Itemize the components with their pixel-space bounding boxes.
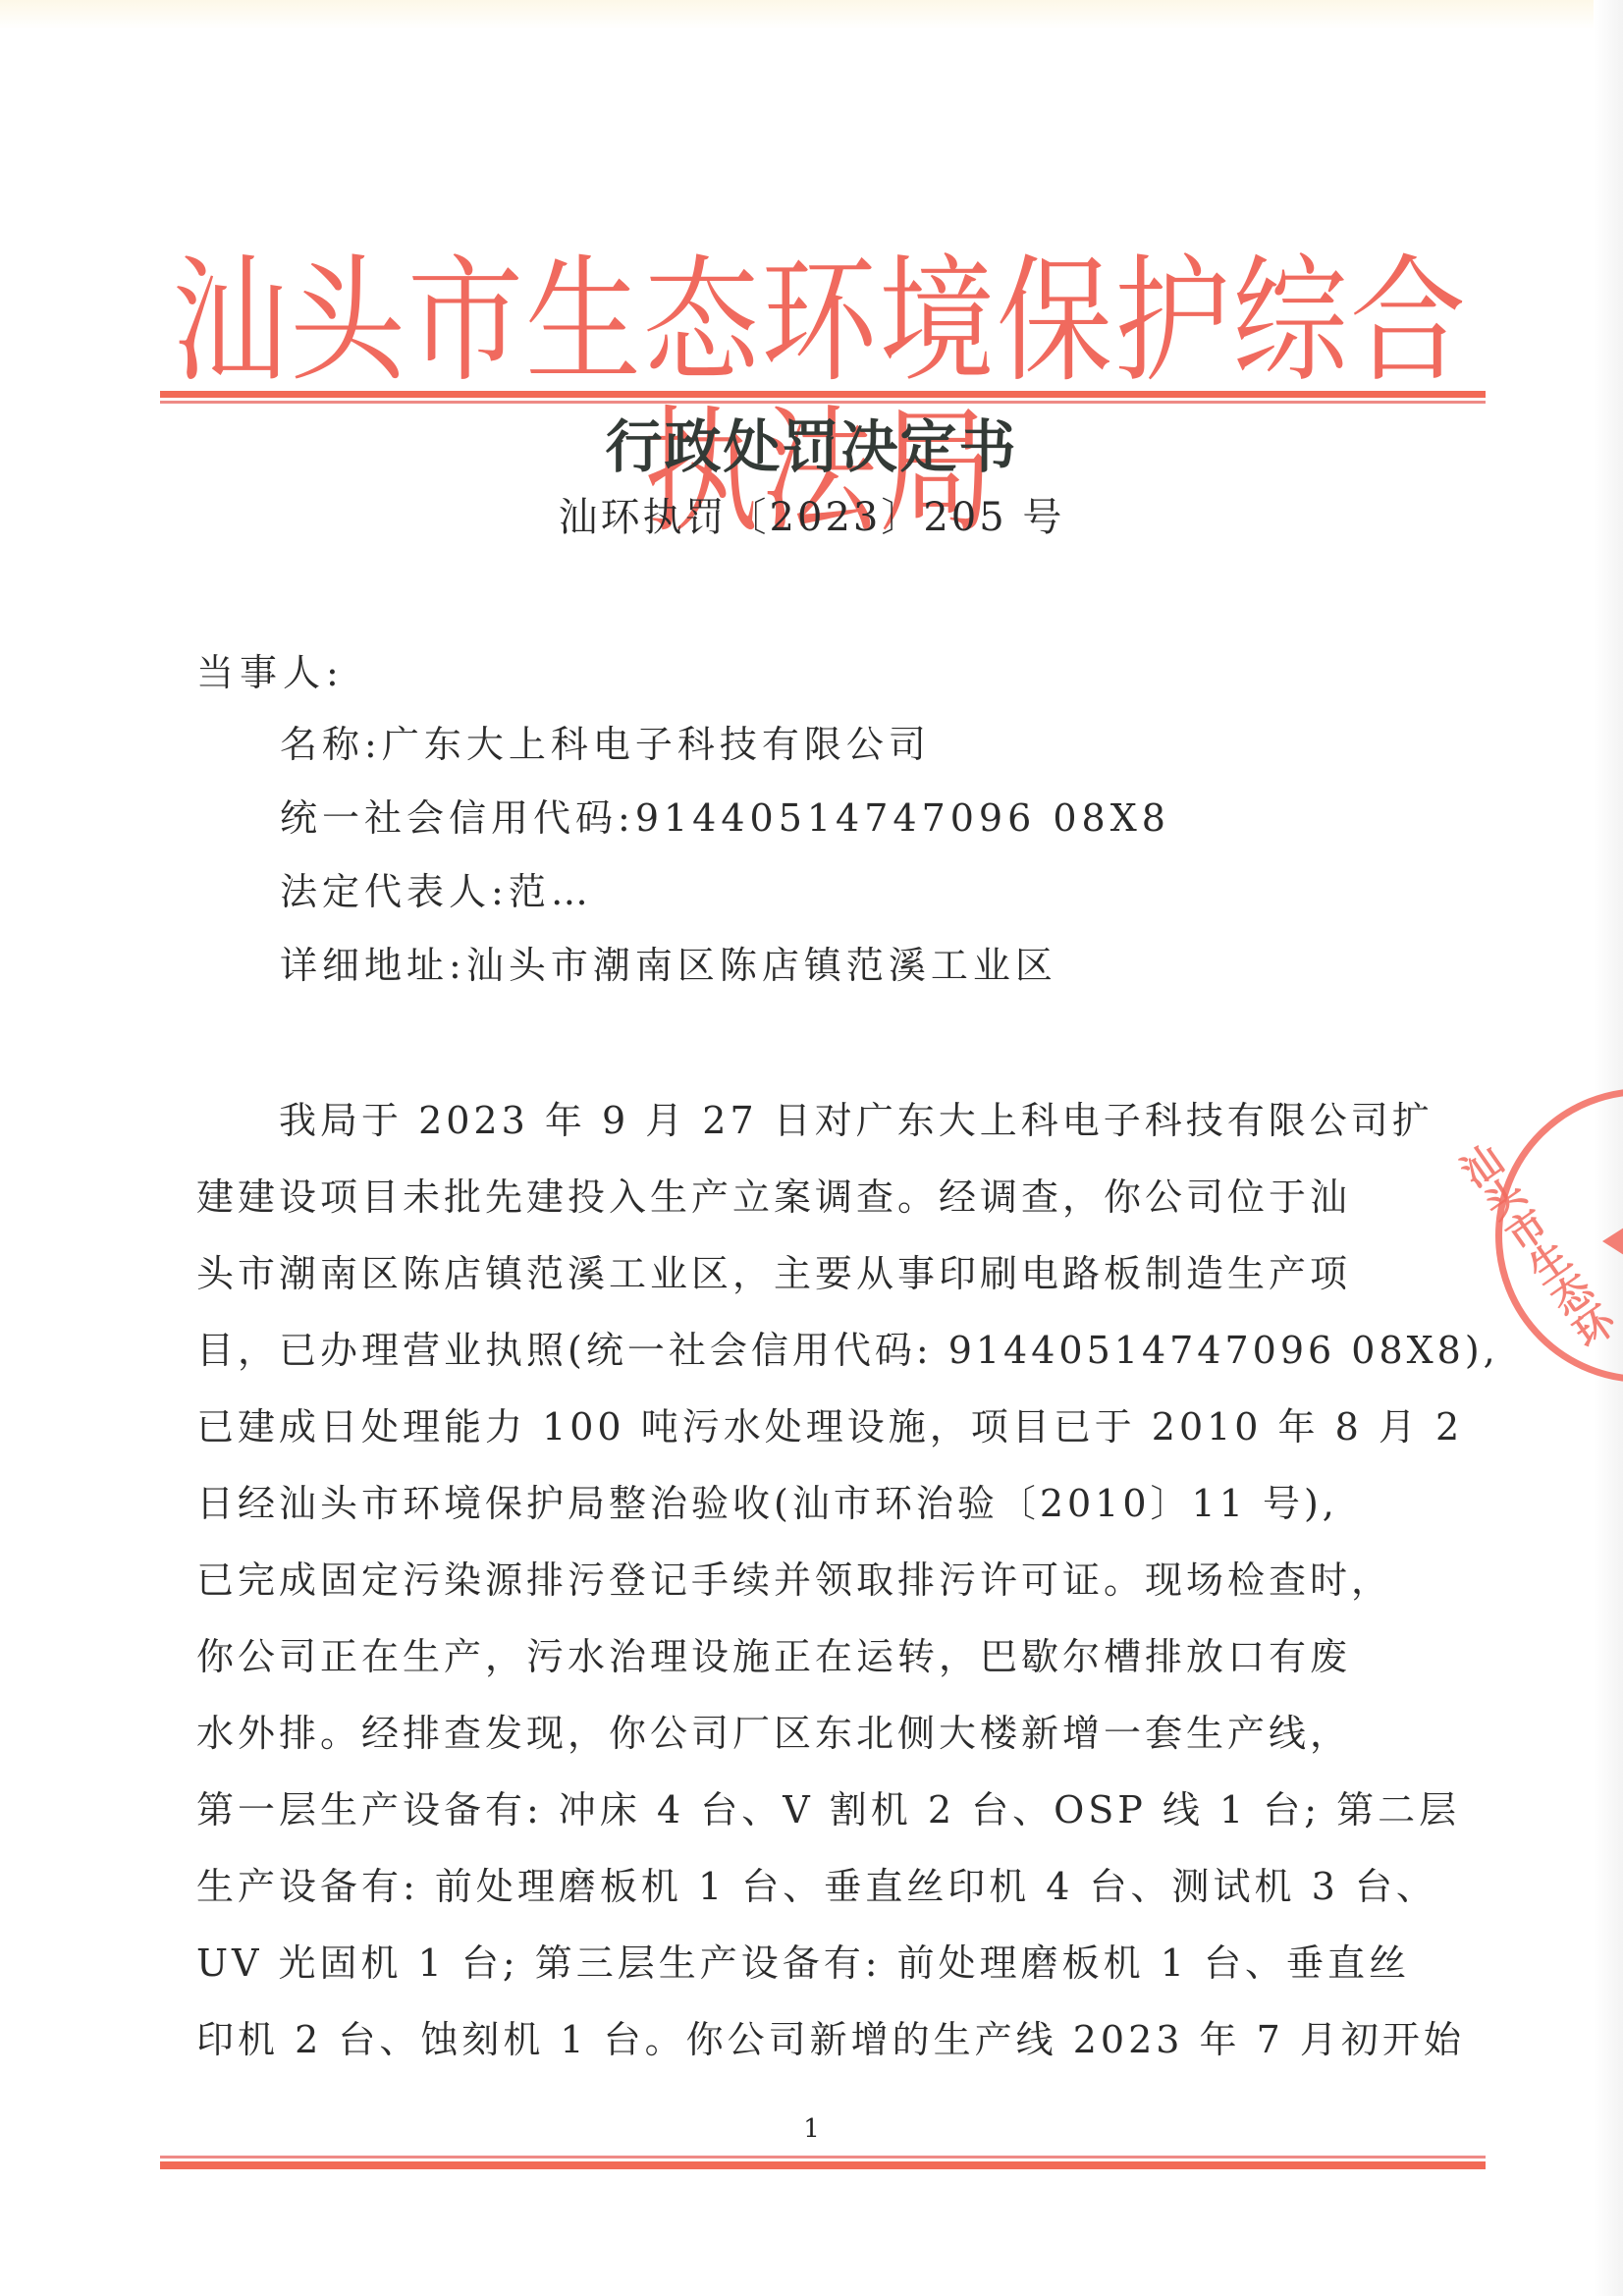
field-label: 名称: <box>280 723 382 766</box>
body-line: 已完成固定污染源排污登记手续并领取排污许可证。现场检查时， <box>196 1542 1441 1618</box>
field-value: 广东大上科电子科技有限公司 <box>382 723 931 766</box>
field-label: 统一社会信用代码: <box>280 796 635 840</box>
body-paragraph: 我局于 2023 年 9 月 27 日对广东大上科电子科技有限公司扩 建建设项目… <box>196 1082 1441 2078</box>
party-field-address: 详细地址:汕头市潮南区陈店镇范溪工业区 <box>280 941 1057 990</box>
body-line: 第一层生产设备有: 冲床 4 台、V 割机 2 台、OSP 线 1 台; 第二层 <box>196 1772 1441 1848</box>
party-field-name: 名称:广东大上科电子科技有限公司 <box>280 720 931 769</box>
seal-star-icon <box>1602 1228 1623 1255</box>
body-line: 我局于 2023 年 9 月 27 日对广东大上科电子科技有限公司扩 <box>196 1082 1441 1159</box>
rule-thin-line <box>160 2156 1486 2159</box>
footer-rule <box>160 2156 1486 2169</box>
body-line: 头市潮南区陈店镇范溪工业区，主要从事印刷电路板制造生产项 <box>196 1235 1441 1312</box>
body-line: 生产设备有: 前处理磨板机 1 台、垂直丝印机 4 台、测试机 3 台、 <box>196 1848 1441 1925</box>
body-line: UV 光固机 1 台; 第三层生产设备有: 前处理磨板机 1 台、垂直丝 <box>196 1925 1441 2001</box>
field-label: 法定代表人: <box>280 870 509 913</box>
scan-edge-top <box>0 0 1623 29</box>
document-type-title: 行政处罚决定书 <box>0 412 1623 481</box>
body-line: 目，已办理营业执照(统一社会信用代码: 91440514747096 08X8)… <box>196 1312 1441 1389</box>
body-line: 你公司正在生产，污水治理设施正在运转，巴歇尔槽排放口有废 <box>196 1618 1441 1695</box>
body-line: 日经汕头市环境保护局整治验收(汕市环治验〔2010〕11 号), <box>196 1465 1441 1542</box>
rule-thick-line <box>160 2161 1486 2169</box>
party-field-legal-rep: 法定代表人:范… <box>280 867 593 916</box>
party-heading: 当事人: <box>196 648 345 697</box>
field-value: 范… <box>509 870 593 913</box>
field-label: 详细地址: <box>280 944 466 987</box>
body-line: 水外排。经排查发现，你公司厂区东北侧大楼新增一套生产线， <box>196 1695 1441 1772</box>
page-number: 1 <box>0 2111 1623 2147</box>
body-line: 印机 2 台、蚀刻机 1 台。你公司新增的生产线 2023 年 7 月初开始 <box>196 2001 1441 2078</box>
field-value: 91440514747096 08X8 <box>635 796 1170 840</box>
letterhead-rule <box>160 391 1486 405</box>
body-line: 建建设项目未批先建投入生产立案调查。经调查，你公司位于汕 <box>196 1159 1441 1235</box>
party-field-credit-code: 统一社会信用代码:91440514747096 08X8 <box>280 793 1170 843</box>
document-number: 汕环执罚〔2023〕205 号 <box>0 491 1623 544</box>
field-value: 汕头市潮南区陈店镇范溪工业区 <box>466 944 1057 987</box>
rule-thick-line <box>160 391 1486 398</box>
body-line: 已建成日处理能力 100 吨污水处理设施，项目已于 2010 年 8 月 2 <box>196 1389 1441 1465</box>
rule-thin-line <box>160 401 1486 404</box>
